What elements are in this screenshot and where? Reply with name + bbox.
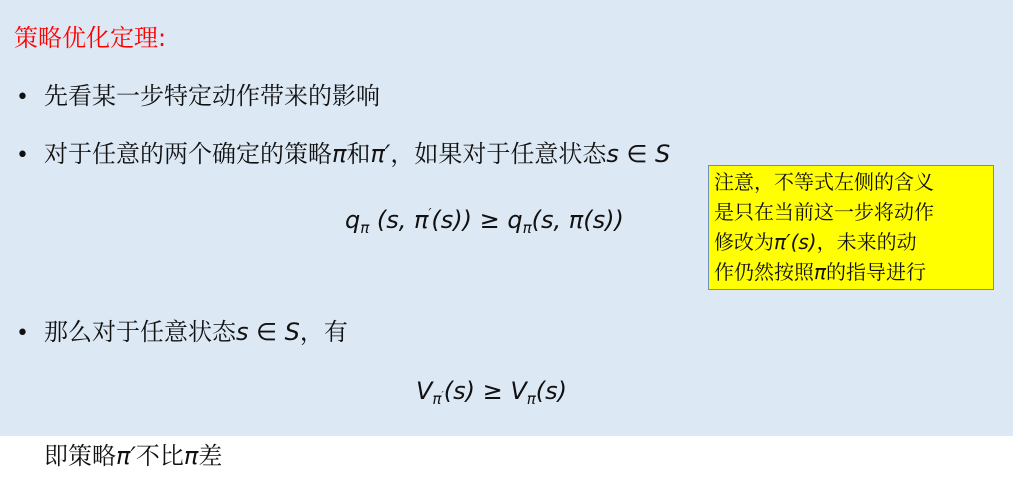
q-subscript: π — [360, 219, 369, 237]
note-text: ，未来的动 — [817, 230, 917, 254]
v-symbol: V — [510, 377, 526, 405]
pi-prime-symbol: π′ — [370, 140, 390, 168]
note-line-2: 是只在当前这一步将动作 — [714, 197, 988, 227]
bullet-3-text-a: 那么对于任意状态 — [44, 312, 236, 347]
conclusion-text: 差 — [198, 442, 222, 470]
rhs-args: (s) — [536, 377, 567, 405]
rhs-args: (s, π(s)) — [532, 206, 624, 234]
lhs-args-close: (s)) — [431, 206, 472, 234]
slide-title: 策略优化定理: — [14, 18, 166, 53]
v-subscript: π — [527, 390, 536, 408]
note-line-1: 注意，不等式左侧的含义 — [714, 167, 988, 197]
conclusion-text: 即策略 — [44, 442, 116, 470]
equation-v-inequality: Vπ′(s) ≥ Vπ(s) — [416, 377, 567, 408]
v-subscript: π′ — [432, 390, 443, 408]
state-condition: s ∈ S — [606, 140, 670, 168]
note-line-3: 修改为π′(s)，未来的动 — [714, 227, 988, 257]
bullet-2-text-a: 对于任意的两个确定的策略 — [44, 134, 332, 169]
conclusion: 即策略π′不比π差 — [44, 436, 222, 471]
q-symbol: q — [507, 206, 522, 234]
pi-symbol: π — [184, 442, 198, 470]
note-line-4: 作仍然按照π的指导进行 — [714, 257, 988, 287]
bullet-dot-icon: • — [16, 321, 44, 346]
geq-operator: ≥ — [472, 206, 507, 234]
note-callout: 注意，不等式左侧的含义 是只在当前这一步将动作 修改为π′(s)，未来的动 作仍… — [708, 165, 994, 290]
note-text: 修改为 — [714, 230, 774, 254]
bullet-1: • 先看某一步特定动作带来的影响 — [16, 76, 380, 111]
bullet-2-text-b: ，如果对于任意状态 — [390, 134, 606, 169]
lhs-args-open: (s, π — [369, 206, 428, 234]
q-subscript: π — [523, 219, 532, 237]
bullet-3: • 那么对于任意状态 s ∈ S ，有 — [16, 312, 348, 347]
note-math: π′(s) — [774, 230, 817, 254]
pi-symbol: π — [332, 140, 346, 168]
bullet-3-text-b: ，有 — [300, 312, 348, 347]
note-text: 作仍然按照 — [714, 260, 814, 284]
pi-prime-symbol: π′ — [116, 442, 136, 470]
q-symbol: q — [345, 206, 360, 234]
v-symbol: V — [416, 377, 432, 405]
lhs-args: (s) — [444, 377, 475, 405]
note-text: 的指导进行 — [826, 260, 926, 284]
note-math: π — [814, 260, 826, 284]
geq-operator: ≥ — [475, 377, 510, 405]
bullet-2-and: 和 — [346, 134, 370, 169]
bullet-dot-icon: • — [16, 85, 44, 110]
bullet-dot-icon: • — [16, 143, 44, 168]
bullet-2: • 对于任意的两个确定的策略 π 和 π′ ，如果对于任意状态 s ∈ S — [16, 134, 670, 169]
equation-q-inequality: qπ (s, π′(s)) ≥ qπ(s, π(s)) — [345, 206, 624, 237]
state-condition: s ∈ S — [236, 318, 300, 346]
conclusion-text: 不比 — [136, 442, 184, 470]
bullet-1-text: 先看某一步特定动作带来的影响 — [44, 76, 380, 111]
